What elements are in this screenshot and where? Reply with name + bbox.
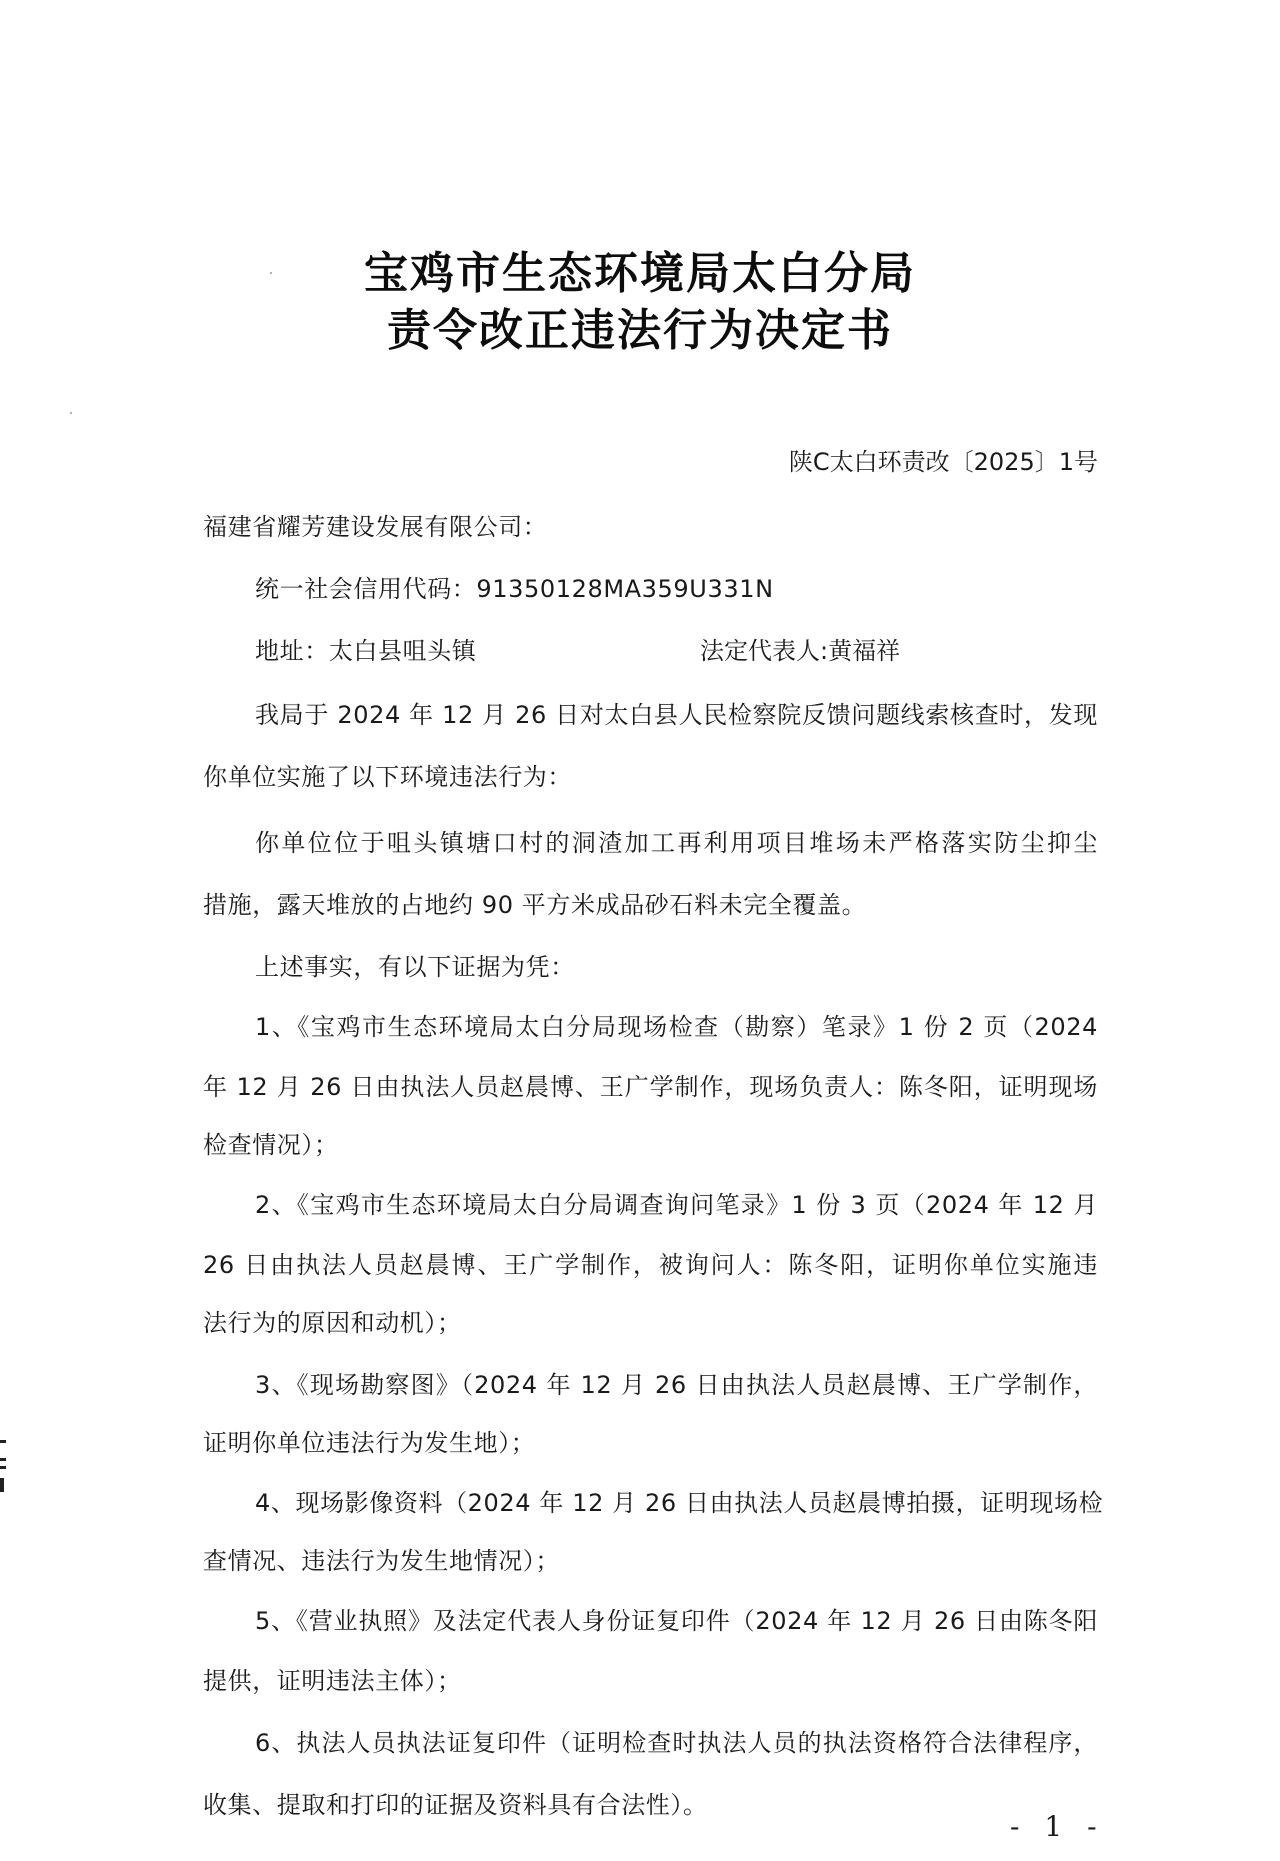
document-page: 宝鸡市生态环境局太白分局 责令改正违法行为决定书 陕C太白环责改〔2025〕1号… [0, 0, 1280, 1861]
evidence-item-2-line-1: 2、《宝鸡市生态环境局太白分局调查询问笔录》1 份 3 页（2024 年 12 … [255, 1190, 1098, 1220]
violation-paragraph-line-2: 措施，露天堆放的占地约 90 平方米成品砂石料未完全覆盖。 [203, 890, 1098, 920]
evidence-item-1-line-3: 检查情况）； [203, 1130, 1098, 1160]
evidence-item-6-line-1: 6、执法人员执法证复印件（证明检查时执法人员的执法资格符合法律程序， [255, 1728, 1098, 1758]
evidence-item-5-line-1: 5、《营业执照》及法定代表人身份证复印件（2024 年 12 月 26 日由陈冬… [255, 1606, 1098, 1636]
scan-speck [270, 272, 272, 274]
document-title-type: 责令改正违法行为决定书 [0, 303, 1280, 359]
binding-mark [0, 1440, 6, 1443]
evidence-item-4-line-2: 查情况、违法行为发生地情况）； [203, 1546, 1098, 1576]
document-title-agency: 宝鸡市生态环境局太白分局 [0, 246, 1280, 302]
evidence-intro: 上述事实，有以下证据为凭： [255, 952, 1150, 982]
intro-paragraph-line-2: 你单位实施了以下环境违法行为： [203, 762, 1098, 792]
evidence-item-3-line-1: 3、《现场勘察图》（2024 年 12 月 26 日由执法人员赵晨博、王广学制作… [255, 1370, 1098, 1400]
evidence-item-6-line-2: 收集、提取和打印的证据及资料具有合法性）。 [203, 1790, 1098, 1820]
credit-code-value: 91350128MA359U331N [476, 575, 773, 603]
addressee: 福建省耀芳建设发展有限公司： [203, 512, 1098, 542]
evidence-item-3-line-2: 证明你单位违法行为发生地）； [203, 1428, 1098, 1458]
legal-representative: 法定代表人:黄福祥 [700, 636, 900, 666]
scan-speck [70, 412, 72, 414]
credit-code-label: 统一社会信用代码： [255, 575, 476, 603]
evidence-item-1-line-1: 1、《宝鸡市生态环境局太白分局现场检查（勘察）笔录》1 份 2 页（2024 [255, 1012, 1098, 1042]
address-label: 地址： [255, 637, 329, 665]
intro-paragraph-line-1: 我局于 2024 年 12 月 26 日对太白县人民检察院反馈问题线索核查时，发… [255, 700, 1098, 730]
evidence-item-2-line-2: 26 日由执法人员赵晨博、王广学制作，被询问人：陈冬阳，证明你单位实施违 [203, 1250, 1098, 1280]
evidence-item-2-line-3: 法行为的原因和动机）； [203, 1308, 1098, 1338]
legal-rep-label: 法定代表人: [700, 637, 828, 665]
page-number: - 1 - [1010, 1810, 1105, 1844]
credit-code-line: 统一社会信用代码：91350128MA359U331N [255, 574, 1150, 604]
evidence-item-1-line-2: 年 12 月 26 日由执法人员赵晨博、王广学制作，现场负责人：陈冬阳，证明现场 [203, 1072, 1098, 1102]
violation-paragraph-line-1: 你单位位于咀头镇塘口村的洞渣加工再利用项目堆场未严格落实防尘抑尘 [255, 828, 1098, 858]
document-number: 陕C太白环责改〔2025〕1号 [789, 447, 1098, 477]
binding-mark [0, 1466, 6, 1469]
evidence-item-5-line-2: 提供，证明违法主体）； [203, 1666, 1098, 1696]
legal-rep-value: 黄福祥 [828, 637, 900, 665]
evidence-item-4-line-1: 4、现场影像资料（2024 年 12 月 26 日由执法人员赵晨博拍摄，证明现场… [255, 1488, 1098, 1518]
binding-mark [0, 1458, 6, 1461]
binding-mark [0, 1478, 4, 1492]
address-value: 太白县咀头镇 [329, 637, 477, 665]
